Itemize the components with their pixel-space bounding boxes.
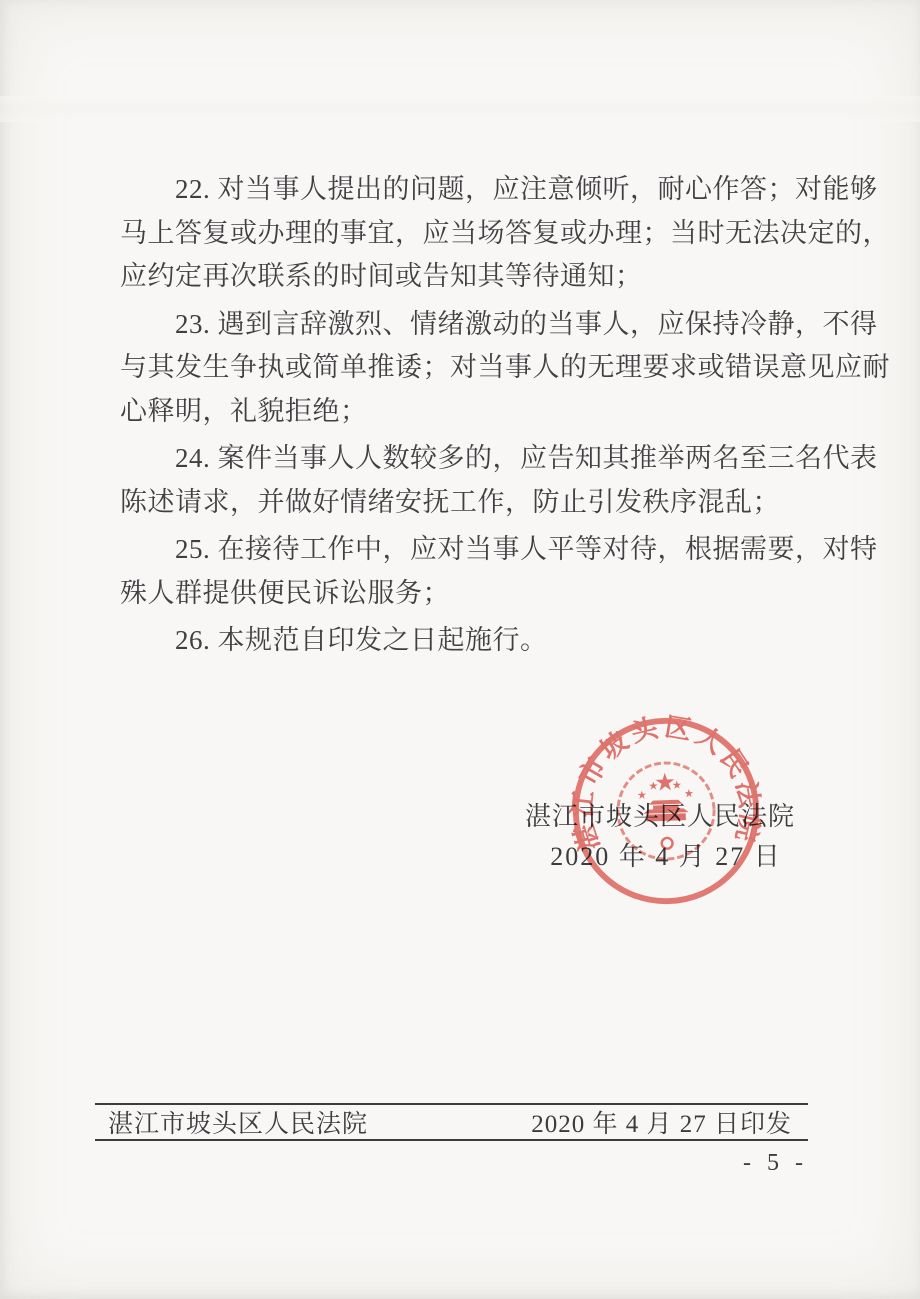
seal-graphic: 湛江市坡头区人民法院 — [565, 710, 768, 913]
clause-22-line-1: 22. 对当事人提出的问题，应注意倾听，耐心作答；对能够 — [120, 168, 812, 212]
emblem-small-star-icon — [637, 791, 646, 799]
clause-25-line-1: 25. 在接待工作中，应对当事人平等对待，根据需要，对特 — [120, 528, 812, 572]
footer-issuing-court: 湛江市坡头区人民法院 — [95, 1104, 368, 1140]
emblem-tiananmen-gate — [643, 799, 689, 821]
footer-bottom-rule — [95, 1139, 808, 1141]
emblem-small-star-icon — [672, 780, 681, 788]
clause-25-line-2: 殊人群提供便民诉讼服务； — [120, 572, 812, 616]
clause-26-line-1: 26. 本规范自印发之日起施行。 — [120, 619, 812, 663]
clause-23-line-2: 与其发生争执或简单推诿；对当事人的无理要求或错误意见应耐 — [120, 346, 812, 390]
official-court-seal: 湛江市坡头区人民法院 — [565, 710, 768, 913]
emblem-gear-icon — [662, 838, 673, 849]
clause-23-line-1: 23. 遇到言辞激烈、情绪激动的当事人，应保持冷静，不得 — [120, 303, 812, 347]
scan-artifact-streak — [0, 96, 920, 122]
emblem-small-star-icon — [649, 781, 658, 789]
clause-24-line-1: 24. 案件当事人人数较多的，应告知其推举两名至三名代表 — [120, 437, 812, 481]
footer-print-date: 2020 年 4 月 27 日印发 — [531, 1104, 808, 1140]
clause-23-line-3: 心释明，礼貌拒绝； — [120, 390, 812, 434]
clause-22-line-3: 应约定再次联系的时间或告知其等待通知； — [120, 255, 812, 299]
clause-22-line-2: 马上答复或办理的事宜，应当场答复或办理；当时无法决定的， — [120, 212, 812, 256]
scanned-document-page: { "page": { "background": "#f8f7f5", "in… — [0, 0, 920, 1299]
footer-imprint-row: 湛江市坡头区人民法院 2020 年 4 月 27 日印发 — [95, 1106, 808, 1138]
page-number: - 5 - — [600, 1150, 808, 1177]
emblem-small-star-icon — [684, 789, 693, 797]
clause-24-line-2: 陈述请求，并做好情绪安抚工作，防止引发秩序混乱； — [120, 481, 812, 525]
emblem-large-star-icon — [655, 772, 674, 790]
document-body-text: 22. 对当事人提出的问题，应注意倾听，耐心作答；对能够 马上答复或办理的事宜，… — [120, 168, 812, 663]
